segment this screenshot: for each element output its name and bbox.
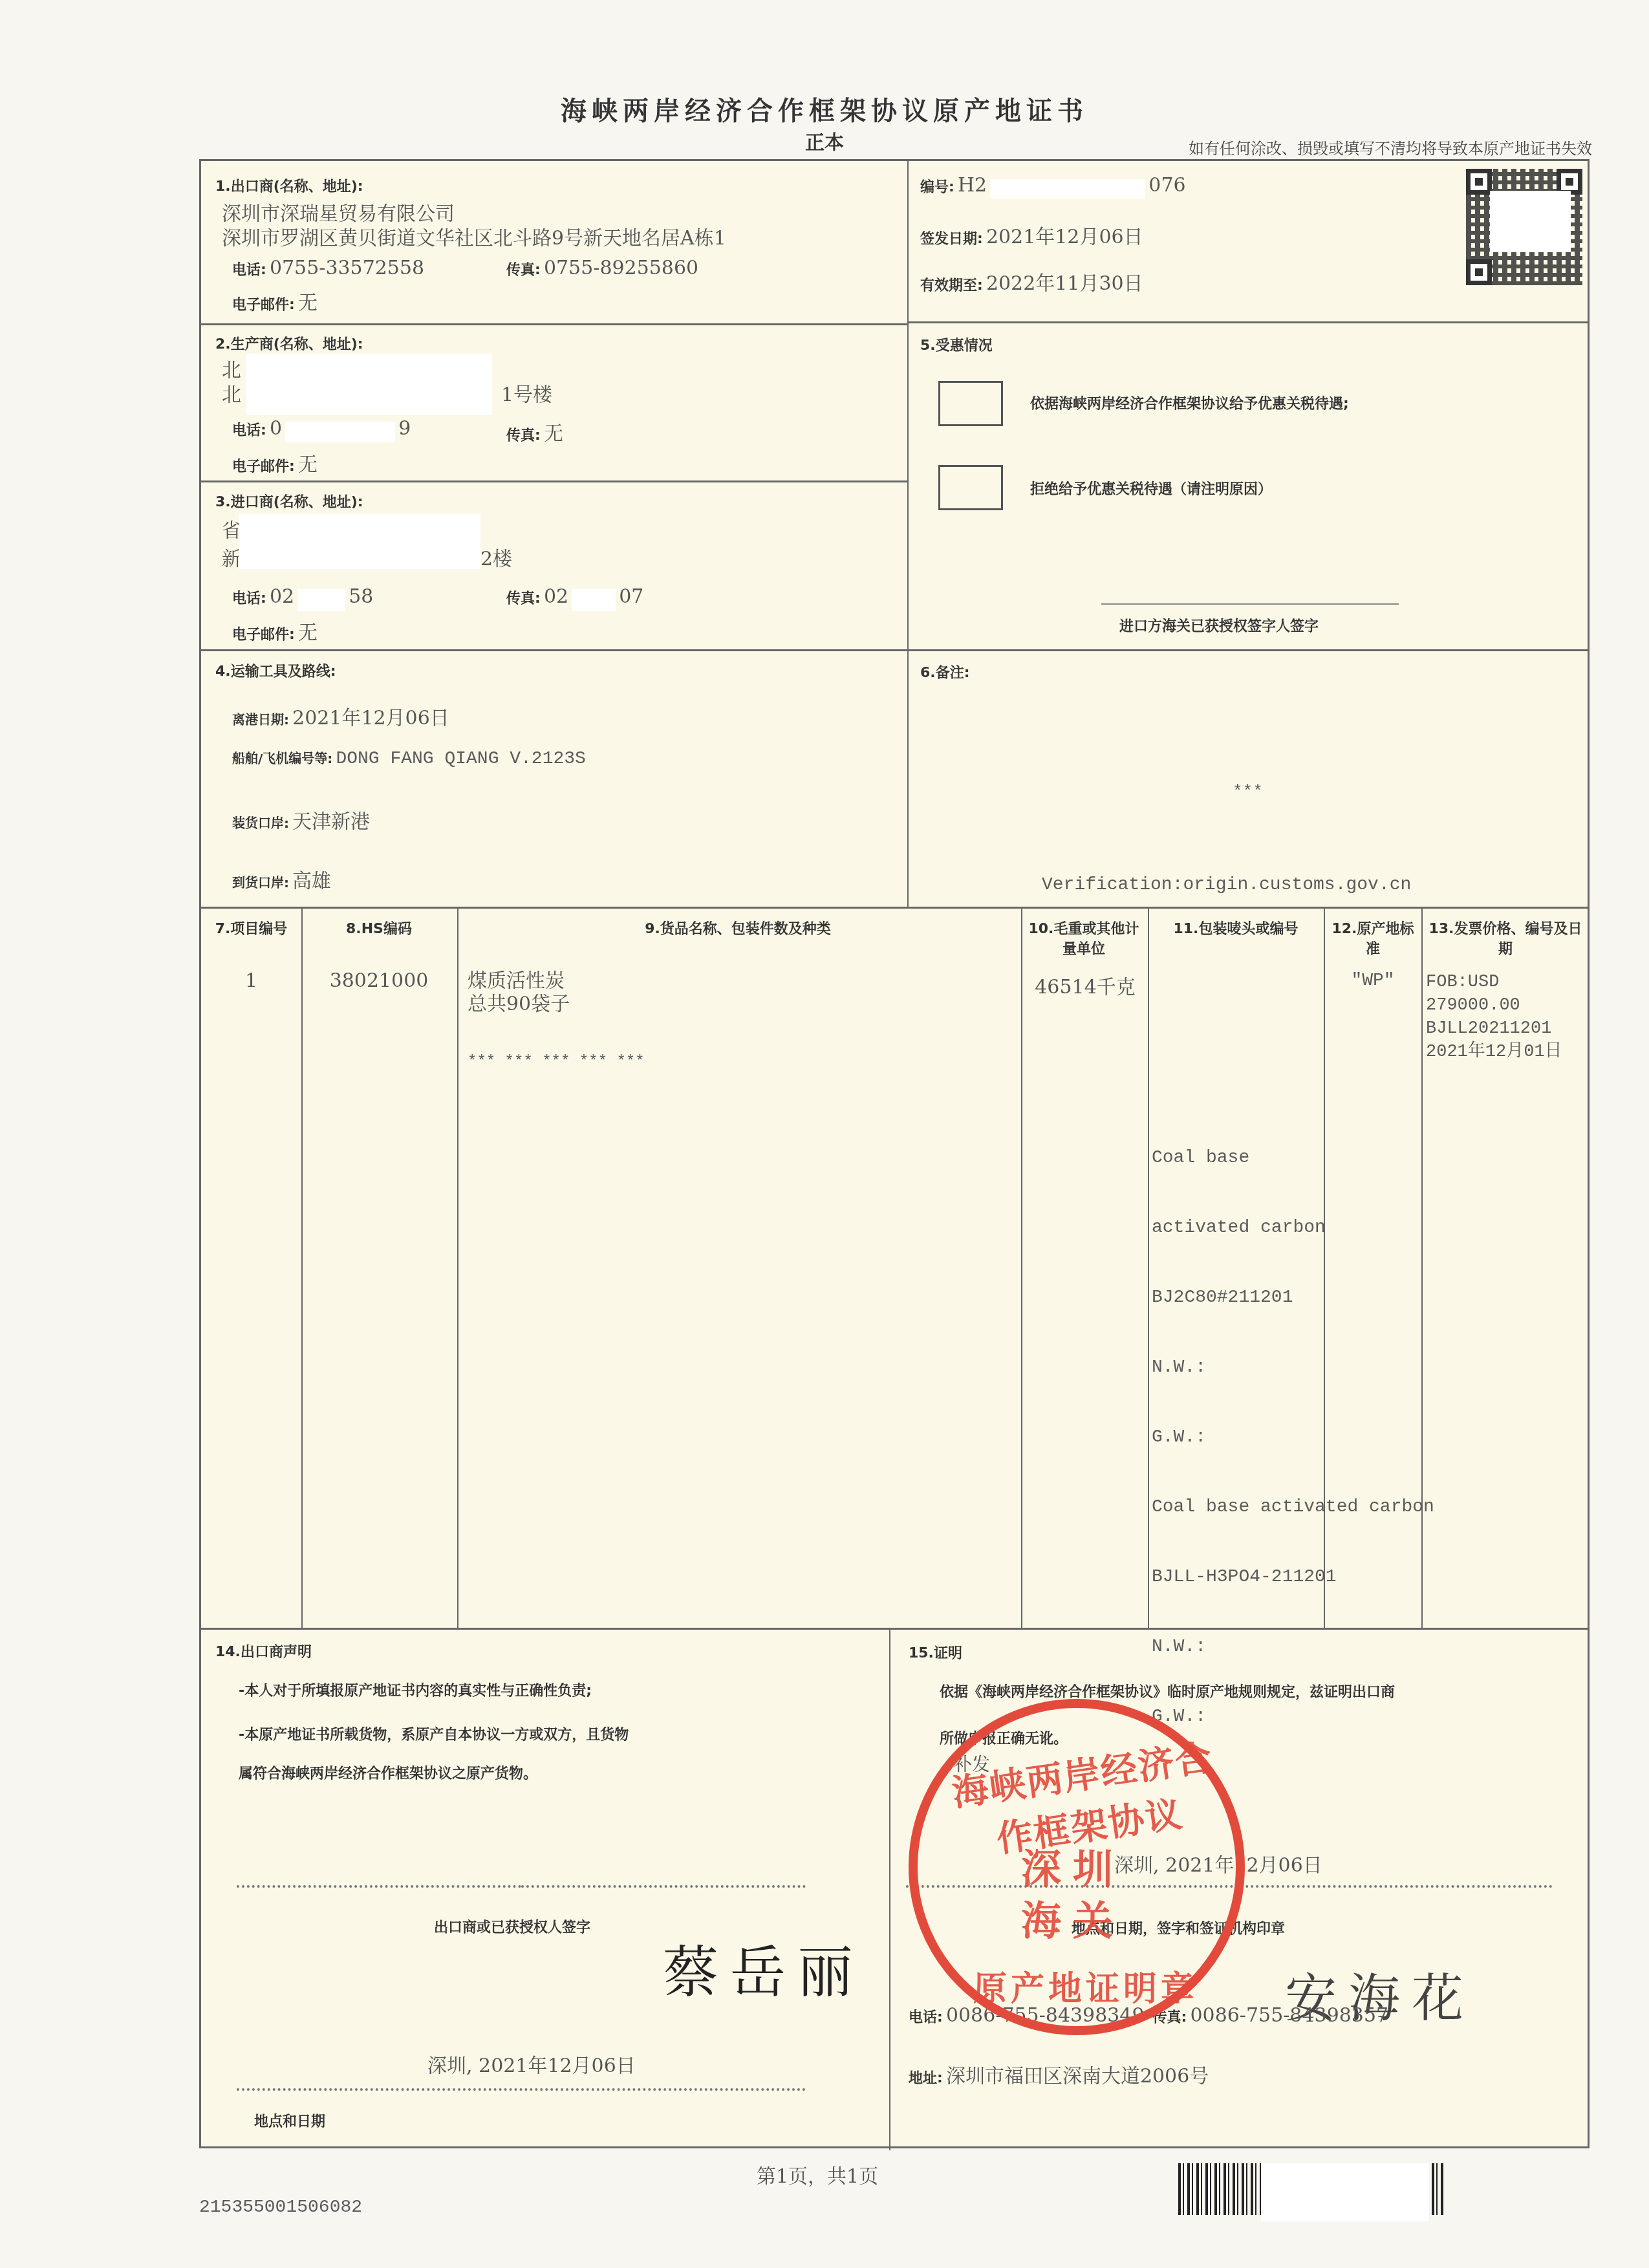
email-value: 无	[298, 621, 318, 644]
producer-address-start: 北	[222, 378, 241, 407]
hs-code: 38021000	[305, 969, 453, 992]
remarks-label: 6.备注:	[920, 662, 969, 682]
qr-finder	[1466, 169, 1492, 195]
importer-label: 3.进口商(名称、地址):	[215, 491, 363, 511]
tamper-warning: 如有任何涂改、损毁或填写不清均将导致本原产地证书失效	[1189, 136, 1592, 158]
departure-date-label: 离港日期:	[232, 712, 289, 728]
description-end-mark: *** *** *** *** ***	[468, 1053, 645, 1071]
exporter-signature-caption: 出口商或已获授权人签字	[434, 1916, 590, 1936]
importer-phone: 电话: 02 58	[232, 585, 373, 611]
marks-line: G.W.:	[1152, 1705, 1434, 1729]
divider	[201, 323, 907, 325]
invoice-line: 279000.00	[1426, 994, 1562, 1017]
phone-value: 0755-33572558	[270, 257, 424, 279]
fax-label: 传真:	[506, 590, 541, 607]
redacted-block	[990, 179, 1145, 199]
redacted-block	[1490, 191, 1571, 252]
vessel-value: DONG FANG QIANG V.2123S	[336, 749, 585, 769]
redacted-block	[285, 422, 395, 442]
page-info: 第1页，共1页	[757, 2160, 878, 2188]
valid-until: 有效期至: 2022年11月30日	[920, 267, 1143, 296]
header-origin-criterion: 12.原产地标准	[1326, 918, 1419, 958]
refused-checkbox[interactable]	[938, 465, 1003, 510]
customs-stamp: 海峡两岸经济合作框架协议 深圳 海关 原产地证明章	[909, 1699, 1245, 2035]
valid-until-label: 有效期至:	[920, 277, 983, 294]
exporter-email: 电子邮件: 无	[232, 286, 318, 315]
marks-line: activated carbon	[1152, 1216, 1434, 1240]
preference-label: 5.受惠情况	[920, 334, 993, 354]
serial-number: 215355001506082	[199, 2198, 362, 2218]
description-line: 总共90袋子	[468, 993, 570, 1016]
declaration-label: 14.出口商声明	[215, 1641, 312, 1661]
fax-value-end: 07	[619, 585, 643, 608]
number-suffix: 076	[1148, 174, 1185, 197]
divider	[1021, 907, 1022, 1628]
departure-date-value: 2021年12月06日	[292, 707, 449, 729]
exporter-address: 深圳市罗湖区黄贝街道文华社区北斗路9号新天地名居A栋1	[222, 222, 726, 250]
divider	[1148, 907, 1149, 1628]
stamp-center-line: 深圳	[1021, 1837, 1125, 1895]
dotted-line	[521, 1885, 806, 1888]
producer-label: 2.生产商(名称、地址):	[215, 333, 363, 353]
exporter-phone: 电话: 0755-33572558	[232, 257, 424, 279]
loading-port: 装货口岸: 天津新港	[232, 805, 370, 834]
document-title: 海峡两岸经济合作框架协议原产地证书	[0, 91, 1649, 127]
marks-line: N.W.:	[1152, 1636, 1434, 1659]
valid-until-value: 2022年11月30日	[986, 272, 1143, 295]
invoice: FOB:USD 279000.00 BJLL20211201 2021年12月0…	[1426, 971, 1562, 1064]
phone-value-start: 02	[270, 585, 294, 608]
divider	[889, 1628, 890, 2150]
exporter-place-date: 深圳, 2021年12月06日	[427, 2049, 636, 2078]
number-label: 编号:	[920, 179, 954, 195]
invoice-line: FOB:USD	[1426, 971, 1562, 994]
declaration-line: 属符合海峡两岸经济合作框架协议之原产货物。	[239, 1762, 537, 1782]
refused-option-text: 拒绝给予优惠关税待遇（请注明原因）	[1030, 478, 1272, 498]
dotted-line	[237, 1885, 521, 1888]
phone-value-end: 58	[349, 585, 373, 608]
redacted-block	[572, 589, 616, 611]
phone-value-end: 9	[398, 417, 411, 440]
phone-value-start: 0	[270, 417, 282, 440]
issue-date-value: 2021年12月06日	[986, 226, 1143, 248]
issue-date-label: 签发日期:	[920, 231, 983, 247]
email-value: 无	[298, 292, 318, 314]
marks-line: Coal base	[1152, 1147, 1434, 1170]
header-item-no: 7.项目编号	[208, 918, 295, 938]
fax-value: 无	[544, 422, 563, 445]
fax-label: 传真:	[506, 262, 541, 278]
marks-line: N.W.:	[1152, 1356, 1434, 1379]
fax-value: 0086-755-84398357	[1190, 2004, 1388, 2027]
address-label: 地址:	[909, 2070, 943, 2086]
phone-label: 电话:	[232, 262, 266, 278]
transport-label: 4.运输工具及路线:	[215, 660, 336, 680]
remarks-content: ***	[1233, 782, 1263, 801]
vessel: 船舶/飞机编号等: DONG FANG QIANG V.2123S	[232, 748, 586, 769]
signature-line	[1101, 603, 1399, 605]
address-value: 深圳市福田区深南大道2006号	[946, 2065, 1209, 2088]
divider	[201, 481, 907, 482]
destination-port: 到货口岸: 高雄	[232, 865, 331, 893]
marks-line: G.W.:	[1152, 1426, 1434, 1449]
fax-value: 0755-89255860	[544, 257, 698, 279]
divider	[907, 321, 1589, 323]
marks-line: Coal base activated carbon	[1152, 1496, 1434, 1519]
certificate-number: 编号: H2 076	[920, 174, 1186, 199]
qr-finder	[1466, 259, 1492, 285]
redacted-block	[1261, 2163, 1429, 2221]
redacted-block	[246, 354, 492, 415]
importer-address-end: 2楼	[480, 543, 512, 571]
divider	[201, 907, 1589, 909]
email-label: 电子邮件:	[232, 627, 295, 643]
item-no: 1	[208, 969, 295, 992]
certification-label: 15.证明	[909, 1642, 962, 1662]
divider	[301, 907, 303, 1628]
declaration-line: -本原产地证书所载货物，系原产自本协议一方或双方，且货物	[239, 1723, 629, 1744]
header-invoice: 13.发票价格、编号及日期	[1423, 918, 1588, 958]
header-marks: 11.包装唛头或编号	[1150, 918, 1321, 938]
granted-option-text: 依据海峡两岸经济合作框架协议给予优惠关税待遇;	[1030, 393, 1349, 413]
origin-criterion: "WP"	[1326, 971, 1419, 991]
marks-line: BJ2C80#211201	[1152, 1286, 1434, 1310]
declaration-line: -本人对于所填报原产地证书内容的真实性与正确性负责;	[239, 1679, 592, 1700]
granted-checkbox[interactable]	[938, 381, 1003, 426]
producer-phone: 电话: 0 9	[232, 417, 411, 442]
dotted-line	[237, 2088, 806, 2091]
phone-label: 电话:	[232, 590, 266, 607]
fax-label: 传真:	[506, 427, 541, 444]
email-value: 无	[298, 453, 318, 476]
stamp-bottom-text: 原产地证明章	[963, 1961, 1209, 2010]
producer-fax: 传真: 无	[506, 417, 563, 446]
fax-value-start: 02	[544, 585, 568, 608]
email-label: 电子邮件:	[232, 459, 295, 475]
exporter-signature: 蔡岳丽	[663, 1928, 865, 2008]
invoice-line: 2021年12月01日	[1426, 1041, 1562, 1064]
divider	[201, 649, 1589, 651]
loading-port-value: 天津新港	[292, 810, 370, 833]
exporter-place-date-caption: 地点和日期	[254, 2110, 325, 2130]
producer-address-end: 1号楼	[501, 378, 552, 407]
customs-address: 地址: 深圳市福田区深南大道2006号	[909, 2060, 1209, 2088]
marks-line: BJLL-H3PO4-211201	[1152, 1566, 1434, 1589]
certification-text: 依据《海峡两岸经济合作框架协议》临时原产地规则规定，兹证明出口商	[940, 1681, 1395, 1701]
producer-email: 电子邮件: 无	[232, 448, 318, 477]
importer-email: 电子邮件: 无	[232, 616, 318, 645]
redacted-block	[239, 514, 480, 569]
exporter-label: 1.出口商(名称、地址):	[215, 175, 363, 195]
redacted-block	[297, 589, 345, 611]
description: 煤质活性炭 总共90袋子	[468, 969, 570, 1016]
certificate-form: 1.出口商(名称、地址): 深圳市深瑞星贸易有限公司 深圳市罗湖区黄贝街道文华社…	[199, 159, 1590, 2148]
issue-date: 签发日期: 2021年12月06日	[920, 221, 1143, 249]
loading-port-label: 装货口岸:	[232, 815, 289, 831]
number-prefix: H2	[958, 174, 987, 197]
phone-label: 电话:	[909, 2009, 943, 2025]
header-hs-code: 8.HS编码	[305, 918, 453, 938]
divider	[907, 161, 909, 907]
weight: 46514千克	[1024, 971, 1147, 999]
destination-port-value: 高雄	[292, 870, 331, 892]
invoice-line: BJLL20211201	[1426, 1017, 1562, 1041]
destination-port-label: 到货口岸:	[232, 875, 289, 891]
importer-customs-signature-caption: 进口方海关已获授权签字人签字	[1119, 615, 1319, 635]
stamp-center-line: 海关	[1021, 1889, 1125, 1947]
verification-url: Verification:origin.customs.gov.cn	[1042, 875, 1411, 895]
marks: Coal base activated carbon BJ2C80#211201…	[1152, 1100, 1434, 1775]
description-line: 煤质活性炭	[468, 969, 570, 993]
email-label: 电子邮件:	[232, 297, 295, 313]
departure-date: 离港日期: 2021年12月06日	[232, 702, 449, 730]
divider	[457, 907, 458, 1628]
header-description: 9.货品名称、包装件数及种类	[460, 918, 1016, 938]
importer-fax: 传真: 02 07	[506, 585, 643, 611]
header-weight: 10.毛重或其他计量单位	[1022, 918, 1145, 958]
vessel-label: 船舶/飞机编号等:	[232, 751, 332, 766]
exporter-fax: 传真: 0755-89255860	[506, 257, 698, 279]
phone-label: 电话:	[232, 422, 266, 438]
